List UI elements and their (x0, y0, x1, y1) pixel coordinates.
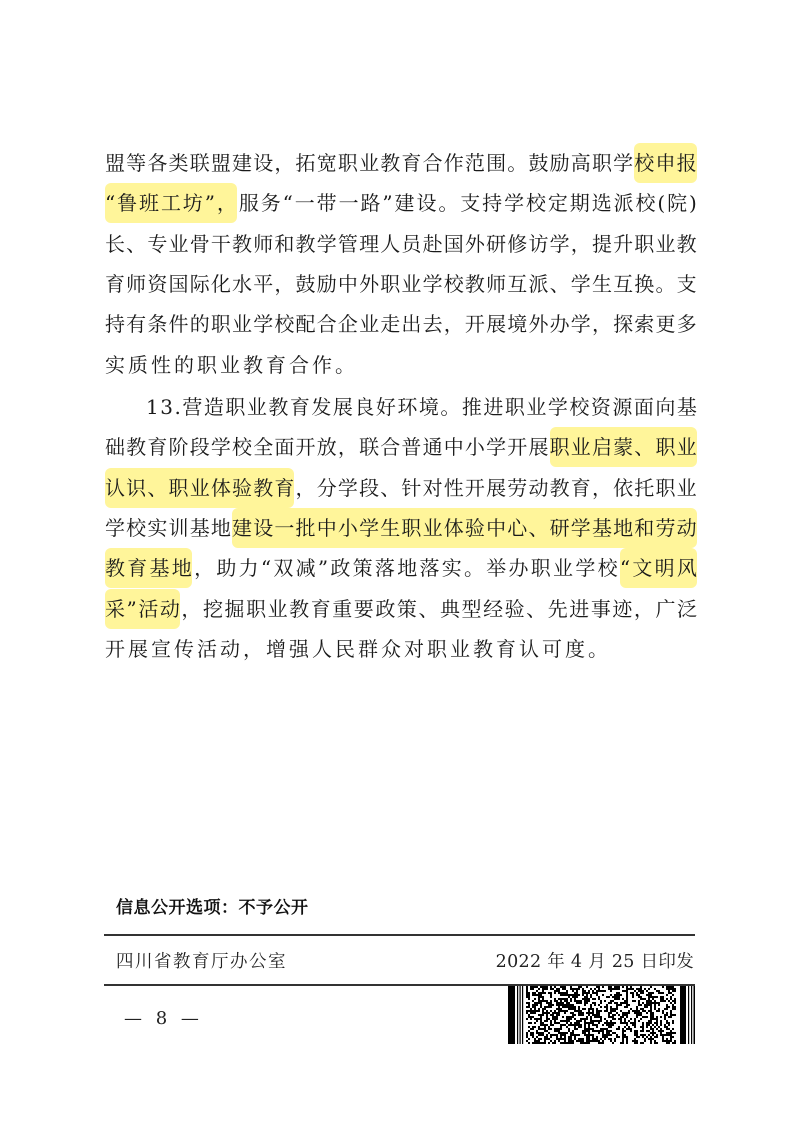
text-char: 动 (528, 468, 548, 508)
text-char: 校 (126, 508, 146, 548)
text-char: 职 (505, 387, 525, 427)
text-char: 造 (204, 387, 224, 427)
text-line: 础教育阶段学校全面开放，联合普通中小学开展职业启蒙、职业 (105, 427, 697, 467)
highlighted-char: 中 (486, 508, 507, 548)
text-char: 作 (444, 143, 464, 183)
highlighted-char: 申 (655, 143, 677, 183)
text-char: 盟 (211, 143, 231, 183)
text-char: 平 (253, 264, 273, 304)
text-char: 双 (273, 548, 293, 588)
highlighted-char: “ (620, 548, 632, 588)
text-char: 教 (380, 143, 400, 183)
text-char: 资 (591, 387, 611, 427)
text-char: 对 (404, 629, 427, 669)
text-char: 业 (655, 224, 675, 264)
text-char: 学 (317, 224, 337, 264)
text-char: 励 (317, 264, 337, 304)
highlighted-char: 班 (139, 183, 161, 223)
text-char: 迹 (612, 589, 632, 629)
text-char: 展 (333, 387, 353, 427)
text-char: 业 (677, 468, 697, 508)
text-char: 理 (359, 224, 379, 264)
text-char: 职 (380, 264, 400, 304)
text-char: ， (194, 548, 214, 588)
text-char: 托 (634, 468, 654, 508)
highlighted-char: 基 (150, 548, 172, 588)
text-char: 高 (571, 143, 591, 183)
text-char: 教 (473, 629, 496, 669)
text-line: 学校实训基地建设一批中小学生职业体验中心、研学基地和劳动 (105, 508, 697, 548)
text-char: 合 (423, 143, 443, 183)
text-char: 多 (677, 304, 697, 344)
highlighted-char: 职 (401, 508, 423, 548)
text-line: 育师资国际化水平，鼓励中外职业学校教师互派、学生互换。支 (105, 264, 697, 304)
highlighted-char: 职 (550, 427, 571, 467)
text-char: 职 (338, 143, 358, 183)
text-char: 挖 (203, 589, 223, 629)
text-char: 。 (588, 629, 611, 669)
text-char: 针 (401, 468, 421, 508)
text-char: 干 (211, 224, 231, 264)
highlighted-char: 启 (592, 427, 613, 467)
text-char: 举 (486, 548, 506, 588)
highlighted-char: 采 (105, 589, 127, 629)
text-char: 业 (359, 143, 379, 183)
text-char: 职 (197, 345, 220, 385)
text-line: 13.营造职业教育发展良好环境。推进职业学校资源面向基 (146, 387, 697, 427)
text-char: 全 (253, 427, 273, 467)
text-char: 员 (401, 224, 421, 264)
text-char: 互 (507, 264, 527, 304)
text-char: ， (338, 427, 358, 467)
text-char: 际 (190, 264, 210, 304)
text-char: 业 (526, 387, 546, 427)
text-char: 持 (482, 183, 502, 223)
text-char: 学 (550, 224, 570, 264)
text-char: 好 (376, 387, 396, 427)
highlighted-char: 育 (127, 548, 150, 588)
text-char: 业 (247, 387, 267, 427)
highlighted-char: 研 (550, 508, 571, 548)
text-char: ) (689, 183, 697, 223)
text-char: 活 (197, 629, 220, 669)
highlighted-char: 报 (677, 143, 697, 183)
issue-date: 2022 年 4 月 25 日印发 (496, 948, 694, 973)
highlighted-char: ， (217, 183, 237, 223)
text-char: 育 (290, 387, 310, 427)
text-char: 源 (612, 387, 632, 427)
text-char: 校 (526, 183, 546, 223)
text-char: 典 (440, 589, 460, 629)
text-char: ， (181, 589, 201, 629)
text-char: 对 (423, 468, 443, 508)
highlighted-char: 中 (317, 508, 338, 548)
highlighted-char: 职 (655, 427, 677, 467)
text-char: 职 (592, 143, 612, 183)
text-char: 定 (548, 183, 568, 223)
text-char: 段 (359, 468, 379, 508)
text-char: 教 (126, 427, 146, 467)
text-char: 外 (528, 304, 548, 344)
text-char: 开 (465, 304, 485, 344)
text-char: ( (657, 183, 665, 223)
highlighted-char: 、 (528, 508, 550, 548)
text-char: 业 (553, 548, 573, 588)
highlighted-char: 鲁 (117, 183, 139, 223)
highlighted-char: 业 (190, 468, 211, 508)
text-char: 落 (375, 548, 395, 588)
text-line: 盟等各类联盟建设，拓宽职业教育合作范围。鼓励高职学校申报 (105, 143, 697, 183)
text-char: 访 (528, 224, 548, 264)
text-char: 师 (253, 224, 273, 264)
text-char: 学 (575, 548, 595, 588)
text-char: 要 (354, 589, 374, 629)
text-char: “ (261, 548, 271, 588)
text-char: 力 (239, 548, 259, 588)
text-char: 合 (380, 427, 400, 467)
text-char: 验 (505, 589, 525, 629)
highlighted-char: 职 (169, 468, 190, 508)
text-char: 宣 (151, 629, 174, 669)
text-char: 作 (312, 345, 335, 385)
text-char: 进 (483, 387, 503, 427)
text-char: 校 (444, 264, 464, 304)
text-char: 众 (381, 629, 404, 669)
text-char: 鼓 (296, 264, 316, 304)
text-char: 民 (335, 629, 358, 669)
text-char: 教 (268, 387, 288, 427)
text-char: 学 (105, 508, 125, 548)
text-char: 。 (438, 183, 458, 223)
highlighted-char: 教 (253, 468, 274, 508)
text-char: 励 (550, 143, 570, 183)
issuing-office: 四川省教育厅办公室 (116, 948, 287, 973)
text-char: 环 (397, 387, 417, 427)
text-char: 强 (289, 629, 312, 669)
text-char: 校 (569, 387, 589, 427)
text-char: 派 (614, 183, 634, 223)
text-char: 更 (655, 304, 675, 344)
text-char: 面 (274, 427, 294, 467)
text-char: 育 (266, 345, 289, 385)
text-char: 质 (128, 345, 151, 385)
text-char: 骨 (190, 224, 210, 264)
text-char: 性 (151, 345, 174, 385)
text-char: ， (571, 224, 591, 264)
text-char: 先 (548, 589, 568, 629)
text-char: 展 (528, 427, 548, 467)
text-char: 管 (338, 224, 358, 264)
text-char: 务 (261, 183, 281, 223)
text-char: 础 (105, 427, 125, 467)
text-char: 换 (634, 264, 654, 304)
text-char: 实 (147, 508, 167, 548)
text-line: 认识、职业体验教育，分学段、针对性开展劳动教育，依托职业 (105, 468, 697, 508)
text-char: 。 (464, 548, 484, 588)
text-char: 教 (243, 345, 266, 385)
text-char: 师 (486, 264, 506, 304)
text-char: 开 (296, 427, 316, 467)
text-char: 型 (462, 589, 482, 629)
text-char: 业 (268, 589, 288, 629)
text-char: 境 (419, 387, 439, 427)
text-line: 开展宣传活动，增强人民群众对职业教育认可度。 (105, 629, 697, 669)
text-char: 赴 (423, 224, 443, 264)
text-char: 展 (486, 468, 506, 508)
text-char: 展 (486, 304, 506, 344)
text-char: 联 (190, 143, 210, 183)
text-char: ， (592, 468, 612, 508)
text-char: 、 (380, 468, 400, 508)
text-char: 各 (147, 143, 167, 183)
text-char: 向 (655, 387, 675, 427)
text-char: 中 (444, 427, 464, 467)
text-char: 外 (359, 264, 379, 304)
text-char: 建 (232, 143, 252, 183)
highlighted-char: 和 (634, 508, 655, 548)
highlighted-char: 验 (232, 468, 253, 508)
text-char: ， (274, 143, 294, 183)
highlighted-char: 育 (274, 468, 294, 508)
highlighted-char: 地 (172, 548, 192, 588)
text-char: 育 (147, 427, 167, 467)
text-char: 学 (571, 264, 591, 304)
text-char: 职 (531, 548, 551, 588)
document-page: 盟等各类联盟建设，拓宽职业教育合作范围。鼓励高职学校申报“鲁班工坊”，服务“一带… (0, 0, 793, 1122)
text-char: 策 (397, 589, 417, 629)
text-char: 盟 (105, 143, 125, 183)
text-char: 实 (442, 548, 462, 588)
highlighted-char: 坊 (183, 183, 205, 223)
text-char: 职 (427, 629, 450, 669)
text-char: 出 (401, 304, 421, 344)
text-char: 、 (550, 264, 570, 304)
text-char: 等 (126, 143, 146, 183)
text-char: 学 (423, 264, 443, 304)
pdf417-barcode-icon (508, 986, 695, 1044)
text-char: 带 (317, 183, 337, 223)
text-char: 校 (232, 427, 252, 467)
highlighted-char: ” (127, 589, 138, 629)
highlighted-char: 建 (232, 508, 253, 548)
text-char: 一 (339, 183, 359, 223)
text-char: 选 (592, 183, 612, 223)
text-char: 通 (423, 427, 443, 467)
text-char: 进 (569, 589, 589, 629)
text-char: 教 (296, 224, 316, 264)
text-char: 条 (147, 304, 167, 344)
text-char: 水 (232, 264, 252, 304)
text-char: 减 (296, 548, 316, 588)
highlighted-char: 校 (634, 143, 655, 183)
text-char: 泛 (677, 589, 697, 629)
text-char: 支 (460, 183, 480, 223)
text-char: 支 (677, 264, 697, 304)
text-char: 学 (571, 304, 591, 344)
text-char: ， (296, 468, 316, 508)
highlighted-char: ” (205, 183, 217, 223)
text-char: 教 (550, 468, 570, 508)
text-char: 面 (634, 387, 654, 427)
text-line: 采”活动，挖掘职业教育重要政策、典型经验、先进事迹，广泛 (105, 589, 697, 629)
text-char: 实 (105, 345, 128, 385)
highlighted-char: 一 (274, 508, 296, 548)
text-char: 长 (105, 224, 125, 264)
text-char: 业 (450, 629, 473, 669)
highlighted-char: 体 (211, 468, 232, 508)
text-char: 、 (418, 589, 438, 629)
text-char: ， (444, 304, 464, 344)
text-char: 外 (465, 224, 485, 264)
text-char: ， (634, 589, 654, 629)
text-char: 。 (440, 387, 460, 427)
highlighted-char: 动 (677, 508, 697, 548)
text-char: . (174, 387, 180, 427)
highlighted-char: 教 (105, 548, 127, 588)
highlighted-char: 基 (592, 508, 613, 548)
text-char: 段 (190, 427, 210, 467)
text-char: 合 (289, 345, 312, 385)
text-char: 广 (655, 589, 675, 629)
text-char: 类 (169, 143, 189, 183)
text-char: 资 (147, 264, 167, 304)
text-char: 动 (220, 629, 243, 669)
text-char: ” (382, 183, 392, 223)
text-char: 职 (211, 304, 231, 344)
text-char: ” (318, 548, 328, 588)
highlighted-char: 明 (655, 548, 677, 588)
text-char: 育 (571, 468, 591, 508)
text-char: 学 (504, 183, 524, 223)
text-char: 教 (465, 264, 485, 304)
text-char: 育 (311, 589, 331, 629)
text-char: 专 (147, 224, 167, 264)
text-char: 去 (423, 304, 443, 344)
text-line: 持有条件的职业学校配合企业走出去，开展境外办学，探索更多 (105, 304, 697, 344)
text-char: 中 (338, 264, 358, 304)
text-char: 鼓 (528, 143, 548, 183)
text-char: 学 (338, 468, 358, 508)
text-char: 件 (169, 304, 189, 344)
text-line: “鲁班工坊”，服务“一带一路”建设。支持学校定期选派校(院) (105, 183, 697, 223)
highlighted-char: 学 (359, 508, 380, 548)
text-char: 增 (266, 629, 289, 669)
text-char: 开 (507, 427, 527, 467)
highlighted-char: 文 (632, 548, 655, 588)
highlighted-char: 小 (338, 508, 359, 548)
text-char: 配 (296, 304, 316, 344)
text-char: 度 (565, 629, 588, 669)
text-char: 业 (220, 345, 243, 385)
text-char: 落 (419, 548, 439, 588)
text-char: 经 (483, 589, 503, 629)
text-char: 业 (401, 264, 421, 304)
text-char: 联 (359, 427, 379, 467)
text-char: 拓 (296, 143, 316, 183)
text-char: 营 (182, 387, 202, 427)
text-char: 持 (105, 304, 125, 344)
text-char: 师 (126, 264, 146, 304)
text-char: 国 (444, 224, 464, 264)
highlighted-char: 劳 (655, 508, 677, 548)
text-char: 业 (232, 304, 252, 344)
text-char: ， (274, 264, 294, 304)
text-char: 分 (317, 468, 337, 508)
text-char: 育 (496, 629, 519, 669)
text-char: 业 (169, 224, 189, 264)
text-char: 的 (174, 345, 197, 385)
text-char: 围 (486, 143, 506, 183)
highlighted-char: 设 (253, 508, 274, 548)
highlighted-char: 蒙 (613, 427, 634, 467)
highlighted-char: 工 (161, 183, 183, 223)
highlighted-char: 、 (147, 468, 169, 508)
text-char: ， (243, 629, 266, 669)
text-char: 普 (401, 427, 421, 467)
highlighted-char: 生 (380, 508, 401, 548)
text-char: 企 (338, 304, 358, 344)
highlighted-char: 、 (634, 427, 655, 467)
text-char: 建 (395, 183, 415, 223)
text-char: 开 (465, 468, 485, 508)
text-char: 研 (486, 224, 506, 264)
text-char: 路 (360, 183, 380, 223)
text-char: 校 (598, 548, 618, 588)
footer-top-rule (104, 934, 695, 936)
text-char: 1 (146, 387, 159, 427)
text-char: 服 (239, 183, 259, 223)
text-char: 重 (332, 589, 352, 629)
text-char: 、 (126, 224, 146, 264)
text-char: 学 (486, 427, 506, 467)
text-char: 院 (667, 183, 687, 223)
highlighted-char: 地 (613, 508, 634, 548)
highlighted-char: 心 (507, 508, 528, 548)
text-char: 业 (359, 304, 379, 344)
text-char: 小 (465, 427, 485, 467)
text-char: 学 (613, 143, 633, 183)
text-char: 化 (211, 264, 231, 304)
text-char: 范 (465, 143, 485, 183)
text-char: 期 (570, 183, 590, 223)
text-char: 传 (174, 629, 197, 669)
highlighted-char: 验 (465, 508, 486, 548)
text-char: 。 (335, 345, 358, 385)
text-char: 。 (655, 264, 675, 304)
text-char: 阶 (169, 427, 189, 467)
text-char: 人 (312, 629, 335, 669)
highlighted-char: 识 (126, 468, 147, 508)
text-line: 实质性的职业教育合作。 (105, 345, 697, 385)
highlighted-char: 动 (160, 589, 180, 629)
text-char: 升 (613, 224, 633, 264)
text-char: 生 (592, 264, 612, 304)
text-char: 提 (592, 224, 612, 264)
highlighted-char: “ (105, 183, 117, 223)
text-char: 策 (353, 548, 373, 588)
text-char: 职 (246, 589, 266, 629)
text-char: 职 (225, 387, 245, 427)
text-char: 3 (160, 387, 173, 427)
text-char: 教 (232, 224, 252, 264)
text-char: 职 (634, 224, 654, 264)
text-char: 育 (105, 264, 125, 304)
text-char: 国 (169, 264, 189, 304)
text-char: 职 (655, 468, 675, 508)
text-char: 基 (677, 387, 697, 427)
text-char: 展 (128, 629, 151, 669)
text-char: 互 (613, 264, 633, 304)
